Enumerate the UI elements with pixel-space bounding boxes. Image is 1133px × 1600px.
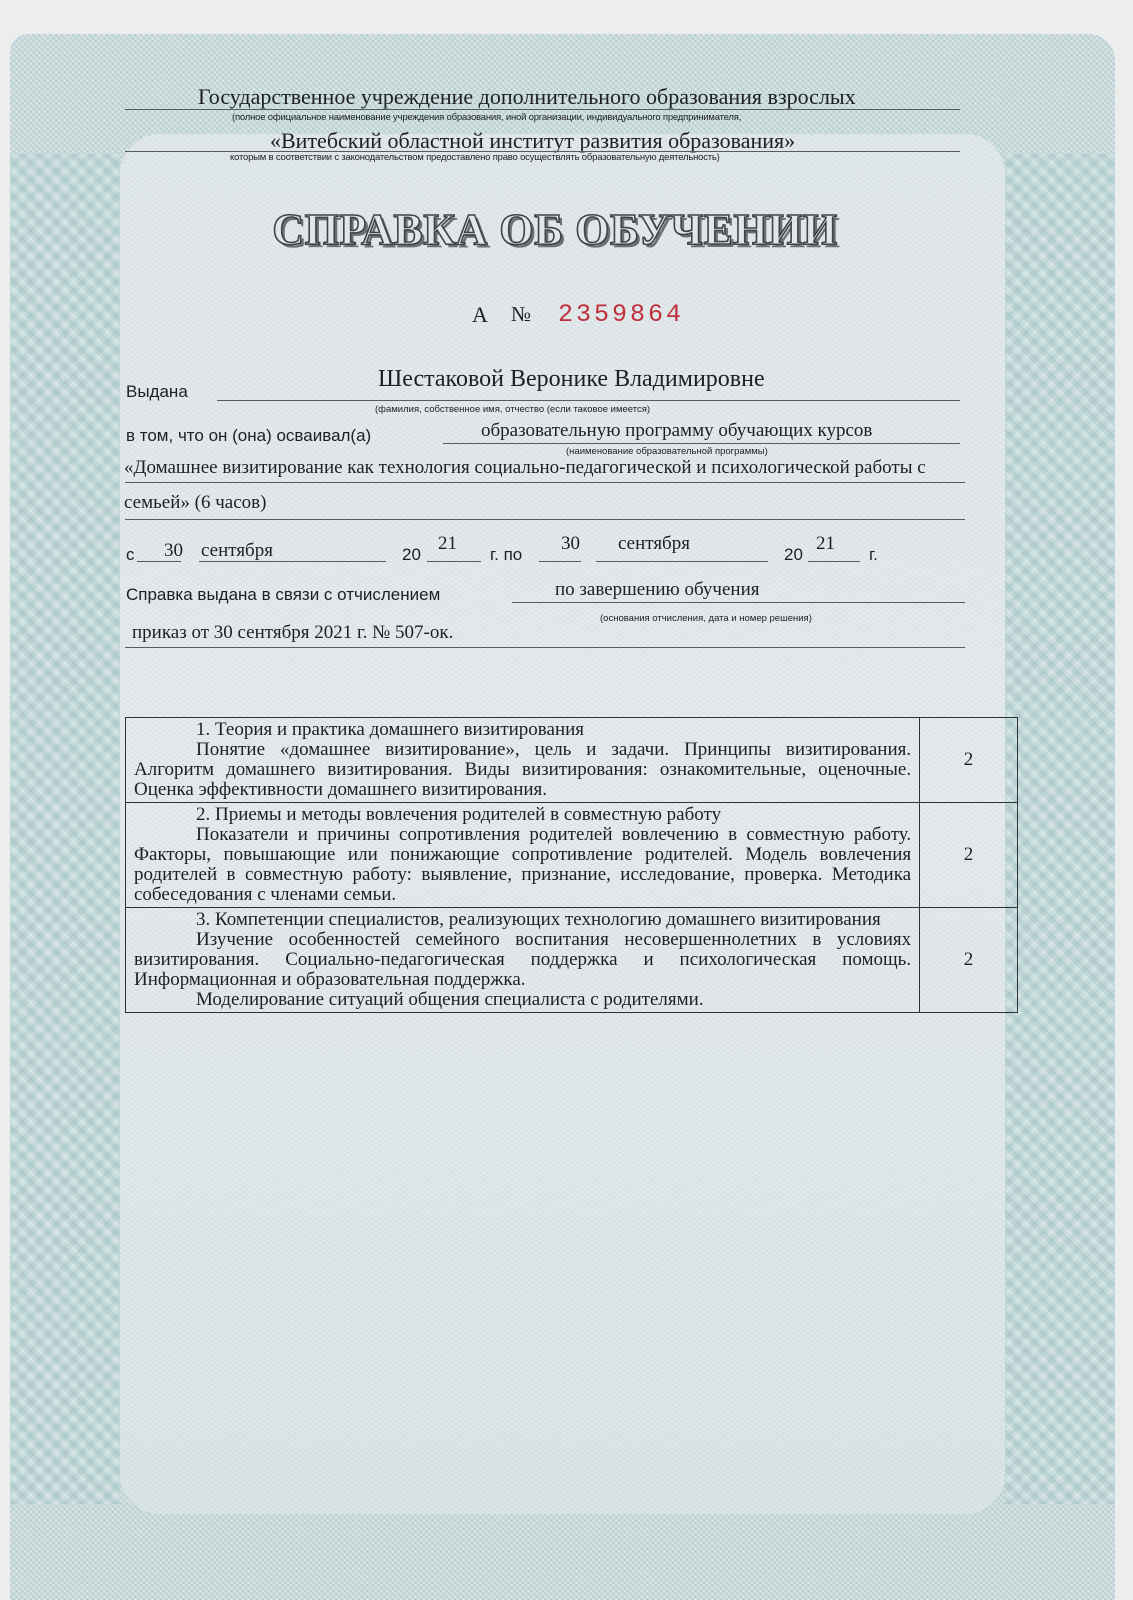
issued-to-label: Выдана xyxy=(126,382,188,402)
to-year-prefix: 20 xyxy=(784,545,803,565)
document-title: СПРАВКА ОБ ОБУЧЕНИИ xyxy=(255,204,855,255)
reason-value: по завершению обучения xyxy=(555,579,760,601)
module-title: 3. Компетенции специалистов, реализующих… xyxy=(134,910,911,930)
program-name-line2: семьей» (6 часов) xyxy=(124,492,266,514)
to-year: 21 xyxy=(816,533,835,555)
module-description-cell: 3. Компетенции специалистов, реализующих… xyxy=(126,908,920,1013)
to-day: 30 xyxy=(561,533,580,555)
module-hours: 2 xyxy=(920,803,1018,908)
institution-caption-line2: которым в соответствии с законодательств… xyxy=(230,152,720,163)
program-name-underline-1 xyxy=(125,482,965,483)
program-name-line1: «Домашнее визитирование как технология с… xyxy=(124,457,926,479)
table-row: 3. Компетенции специалистов, реализующих… xyxy=(126,908,1018,1013)
from-day: 30 xyxy=(164,540,183,562)
from-year-prefix: 20 xyxy=(402,545,421,565)
module-title: 1. Теория и практика домашнего визитиров… xyxy=(134,720,911,740)
to-day-underline xyxy=(539,561,581,562)
program-type: образовательную программу обучающих курс… xyxy=(481,420,872,442)
from-year: 21 xyxy=(438,533,457,555)
recipient-name: Шестаковой Веронике Владимировне xyxy=(378,366,765,393)
reason-caption: (основания отчисления, дата и номер реше… xyxy=(600,613,812,624)
module-paragraph: Понятие «домашнее визитирование», цель и… xyxy=(134,740,911,800)
module-hours: 2 xyxy=(920,718,1018,803)
module-title: 2. Приемы и методы вовлечения родителей … xyxy=(134,805,911,825)
program-name-underline-2 xyxy=(125,519,965,520)
to-month: сентября xyxy=(618,533,690,555)
period-to-label: г. по xyxy=(490,545,522,565)
reason-order: приказ от 30 сентября 2021 г. № 507-ок. xyxy=(132,622,453,644)
certificate-content: Государственное учреждение дополнительно… xyxy=(0,0,1133,1600)
table-row: 2. Приемы и методы вовлечения родителей … xyxy=(126,803,1018,908)
from-year-underline xyxy=(427,561,481,562)
order-underline xyxy=(125,647,965,648)
period-suffix: г. xyxy=(869,545,878,565)
institution-caption-line1: (полное официальное наименование учрежде… xyxy=(232,112,741,123)
issued-to-underline xyxy=(217,400,960,401)
table-row: 1. Теория и практика домашнего визитиров… xyxy=(126,718,1018,803)
institution-underline-1 xyxy=(125,109,960,110)
program-caption: (наименование образовательной программы) xyxy=(566,446,768,457)
institution-name-line1: Государственное учреждение дополнительно… xyxy=(198,84,856,110)
issued-to-caption: (фамилия, собственное имя, отчество (есл… xyxy=(375,404,650,415)
program-underline xyxy=(443,443,960,444)
module-paragraph: Изучение особенностей семейного воспитан… xyxy=(134,930,911,990)
module-paragraph: Моделирование ситуаций общения специалис… xyxy=(134,990,911,1010)
reason-label: Справка выдана в связи с отчислением xyxy=(126,585,440,605)
program-label: в том, что он (она) осваивал(а) xyxy=(126,426,371,446)
module-paragraph: Показатели и причины сопротивления родит… xyxy=(134,825,911,905)
module-description-cell: 2. Приемы и методы вовлечения родителей … xyxy=(126,803,920,908)
from-month: сентября xyxy=(201,540,273,562)
module-hours: 2 xyxy=(920,908,1018,1013)
document-series: А xyxy=(472,302,488,328)
to-year-underline xyxy=(808,561,860,562)
module-description-cell: 1. Теория и практика домашнего визитиров… xyxy=(126,718,920,803)
reason-underline xyxy=(512,602,965,603)
number-sign: № xyxy=(511,302,531,327)
serial-number: 2359864 xyxy=(558,300,684,329)
to-month-underline xyxy=(596,561,768,562)
period-from-prefix: с xyxy=(126,545,135,565)
modules-table: 1. Теория и практика домашнего визитиров… xyxy=(125,717,1018,1013)
